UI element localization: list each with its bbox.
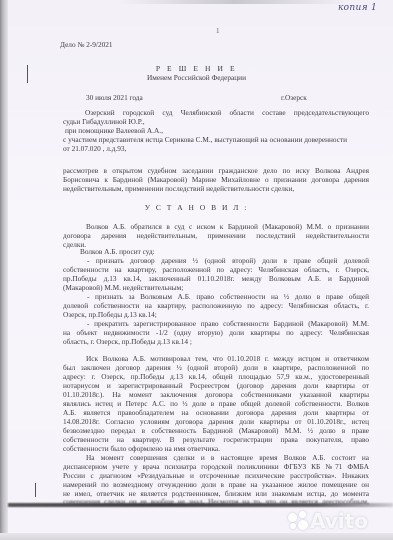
margin-mark	[35, 483, 36, 497]
page-number: 1	[216, 27, 220, 35]
paragraph-line: договора дарения недействительным, приме…	[63, 231, 369, 241]
established-heading: У С Т А Н О В И Л :	[0, 203, 393, 212]
avito-logo-icon	[288, 511, 308, 531]
claim-line: область, г. Озерск, пр.Победы д.13 кв.14…	[63, 337, 192, 347]
decision-city: г.Озерск	[281, 93, 307, 103]
case-number: Дело № 2-9/2021	[60, 40, 113, 50]
document-title: Р Е Ш Е Н И Е	[0, 64, 393, 73]
decision-date: 30 июля 2021 года	[86, 93, 143, 103]
considered-line: недействительным, применении последствий…	[63, 184, 294, 194]
avito-watermark-text: Avito	[310, 509, 368, 533]
document-subtitle: Именем Российской Федерации	[0, 73, 393, 83]
court-proxy: от 21.07.020 , л.д.93,	[63, 144, 126, 154]
scan-top-shadow	[120, 0, 350, 4]
handwritten-note: копия 1	[338, 3, 377, 13]
avito-watermark: Avito	[288, 508, 368, 534]
scan-bottom-edge	[0, 533, 393, 540]
scan-fold-line	[8, 503, 393, 507]
